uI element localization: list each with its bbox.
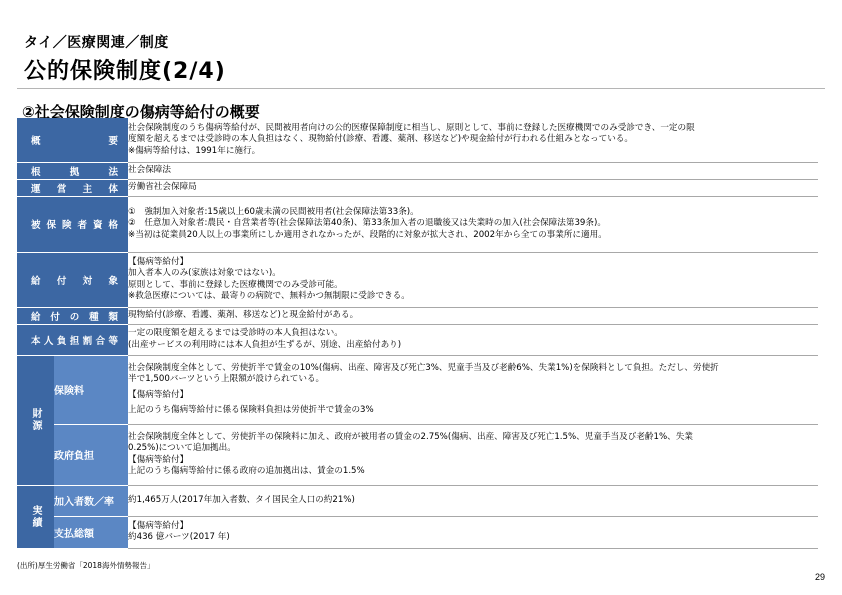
value-line: ② 任意加入対象者:農民・自営業者等(社会保障法第40条)、第33条加入者の退職… xyxy=(128,218,818,230)
value-line: ※救急医療については、最寄りの病院で、無料かつ無制限に受診できる。 xyxy=(128,291,818,303)
value-line: 上記のうち傷病等給付に係る保険料負担は労使折半で賃金の3% xyxy=(128,405,818,417)
row-value-benefit-types: 現物給付(診療、看護、薬剤、移送など)と現金給付がある。 xyxy=(128,307,818,324)
value-line: 社会保険制度全体として、労使折半で賃金の10%(傷病、出産、障害及び死亡3%、児… xyxy=(128,363,818,375)
table-row-eligibility: 被保険者資格 ① 強制加入対象者:15歳以上60歳未満の民間被用者(社会保障法第… xyxy=(17,196,818,252)
row-label-legal-basis: 根拠法 xyxy=(17,162,128,179)
value-line: 社会保険制度全体として、労使折半の保険料に加え、政府が被用者の賃金の2.75%(… xyxy=(128,432,818,444)
table-row-beneficiaries: 給付対象 【傷病等給付】 加入者本人のみ(家族は対象ではない)。 原則として、事… xyxy=(17,252,818,307)
row-value-eligibility: ① 強制加入対象者:15歳以上60歳未満の民間被用者(社会保障法第33条)。 ②… xyxy=(128,196,818,252)
value-line: 【傷病等給付】 xyxy=(128,455,818,467)
subrow-value-premiums: 社会保険制度全体として、労使折半で賃金の10%(傷病、出産、障害及び死亡3%、児… xyxy=(128,355,818,424)
value-line: 社会保険制度のうち傷病等給付が、民間被用者向けの公的医療保障制度に相当し、原則と… xyxy=(128,123,818,135)
value-line: 半で1,500バーツという上限額が設けられている。 xyxy=(128,374,818,386)
title-divider xyxy=(17,88,825,89)
table-row-benefit-types: 給付の種類 現物給付(診療、看護、薬剤、移送など)と現金給付がある。 xyxy=(17,307,818,324)
value-line: 【傷病等給付】 xyxy=(128,390,818,402)
row-value-beneficiaries: 【傷病等給付】 加入者本人のみ(家族は対象ではない)。 原則として、事前に登録し… xyxy=(128,252,818,307)
value-line: 約1,465万人(2017年加入者数、タイ国民全人口の約21%) xyxy=(128,495,818,507)
table-row-copayment: 本人負担割合等 一定の限度額を超えるまでは受診時の本人負担はない。 (出産サービ… xyxy=(17,324,818,355)
table-row-legal-basis: 根拠法 社会保障法 xyxy=(17,162,818,179)
row-label-eligibility: 被保険者資格 xyxy=(17,196,128,252)
page-number: 29 xyxy=(815,572,825,582)
value-line: ① 強制加入対象者:15歳以上60歳未満の民間被用者(社会保障法第33条)。 xyxy=(128,207,818,219)
table-row-government-contribution: 政府負担 社会保険制度全体として、労使折半の保険料に加え、政府が被用者の賃金の2… xyxy=(17,424,818,485)
value-line: 上記のうち傷病等給付に係る政府の追加拠出は、賃金の1.5% xyxy=(128,466,818,478)
row-value-legal-basis: 社会保障法 xyxy=(128,162,818,179)
summary-table: 概要 社会保険制度のうち傷病等給付が、民間被用者向けの公的医療保障制度に相当し、… xyxy=(17,118,818,549)
value-line: 原則として、事前に登録した医療機関でのみ受診可能。 xyxy=(128,280,818,292)
subrow-value-total-payments: 【傷病等給付】 約436 億バーツ(2017 年) xyxy=(128,516,818,548)
row-value-operator: 労働省社会保障局 xyxy=(128,179,818,196)
table-row-enrollment: 実績 加入者数／率 約1,465万人(2017年加入者数、タイ国民全人口の約21… xyxy=(17,485,818,516)
breadcrumb: タイ／医療関連／制度 xyxy=(24,32,169,52)
value-line: ※当初は従業員20人以上の事業所にしか適用されなかったが、段階的に対象が拡大され… xyxy=(128,230,818,242)
row-label-copayment: 本人負担割合等 xyxy=(17,324,128,355)
page-title: 公的保険制度(2/4) xyxy=(24,54,226,85)
value-line: 現物給付(診療、看護、薬剤、移送など)と現金給付がある。 xyxy=(128,310,818,322)
value-line: 【傷病等給付】 xyxy=(128,521,818,533)
value-line: 一定の限度額を超えるまでは受診時の本人負担はない。 xyxy=(128,328,818,340)
value-line: 【傷病等給付】 xyxy=(128,257,818,269)
subrow-label-total-payments: 支払総額 xyxy=(54,516,128,548)
value-line: ※傷病等給付は、1991年に施行。 xyxy=(128,146,818,158)
table-row-total-payments: 支払総額 【傷病等給付】 約436 億バーツ(2017 年) xyxy=(17,516,818,548)
group-label-results: 実績 xyxy=(17,485,54,548)
value-line: 度額を超えるまでは受診時の本人負担はなく、現物給付(診療、看護、薬剤、移送など)… xyxy=(128,134,818,146)
value-line: 社会保障法 xyxy=(128,165,818,177)
table-row-overview: 概要 社会保険制度のうち傷病等給付が、民間被用者向けの公的医療保障制度に相当し、… xyxy=(17,118,818,162)
subrow-label-premiums: 保険料 xyxy=(54,355,128,424)
source-note: (出所)厚生労働省「2018海外情勢報告」 xyxy=(17,560,154,571)
subrow-value-government-contribution: 社会保険制度全体として、労使折半の保険料に加え、政府が被用者の賃金の2.75%(… xyxy=(128,424,818,485)
subrow-value-enrollment: 約1,465万人(2017年加入者数、タイ国民全人口の約21%) xyxy=(128,485,818,516)
row-label-operator: 運営主体 xyxy=(17,179,128,196)
value-line: 0.25%)について追加拠出。 xyxy=(128,443,818,455)
subrow-label-enrollment: 加入者数／率 xyxy=(54,485,128,516)
row-label-overview: 概要 xyxy=(17,118,128,162)
value-line: 労働省社会保障局 xyxy=(128,182,818,194)
value-line: (出産サービスの利用時には本人負担が生ずるが、別途、出産給付あり) xyxy=(128,340,818,352)
table-row-premiums: 財源 保険料 社会保険制度全体として、労使折半で賃金の10%(傷病、出産、障害及… xyxy=(17,355,818,424)
value-line: 約436 億バーツ(2017 年) xyxy=(128,532,818,544)
table-row-operator: 運営主体 労働省社会保障局 xyxy=(17,179,818,196)
value-line: 加入者本人のみ(家族は対象ではない)。 xyxy=(128,268,818,280)
row-value-overview: 社会保険制度のうち傷病等給付が、民間被用者向けの公的医療保障制度に相当し、原則と… xyxy=(128,118,818,162)
row-value-copayment: 一定の限度額を超えるまでは受診時の本人負担はない。 (出産サービスの利用時には本… xyxy=(128,324,818,355)
subrow-label-government-contribution: 政府負担 xyxy=(54,424,128,485)
row-label-benefit-types: 給付の種類 xyxy=(17,307,128,324)
group-label-funding: 財源 xyxy=(17,355,54,485)
row-label-beneficiaries: 給付対象 xyxy=(17,252,128,307)
